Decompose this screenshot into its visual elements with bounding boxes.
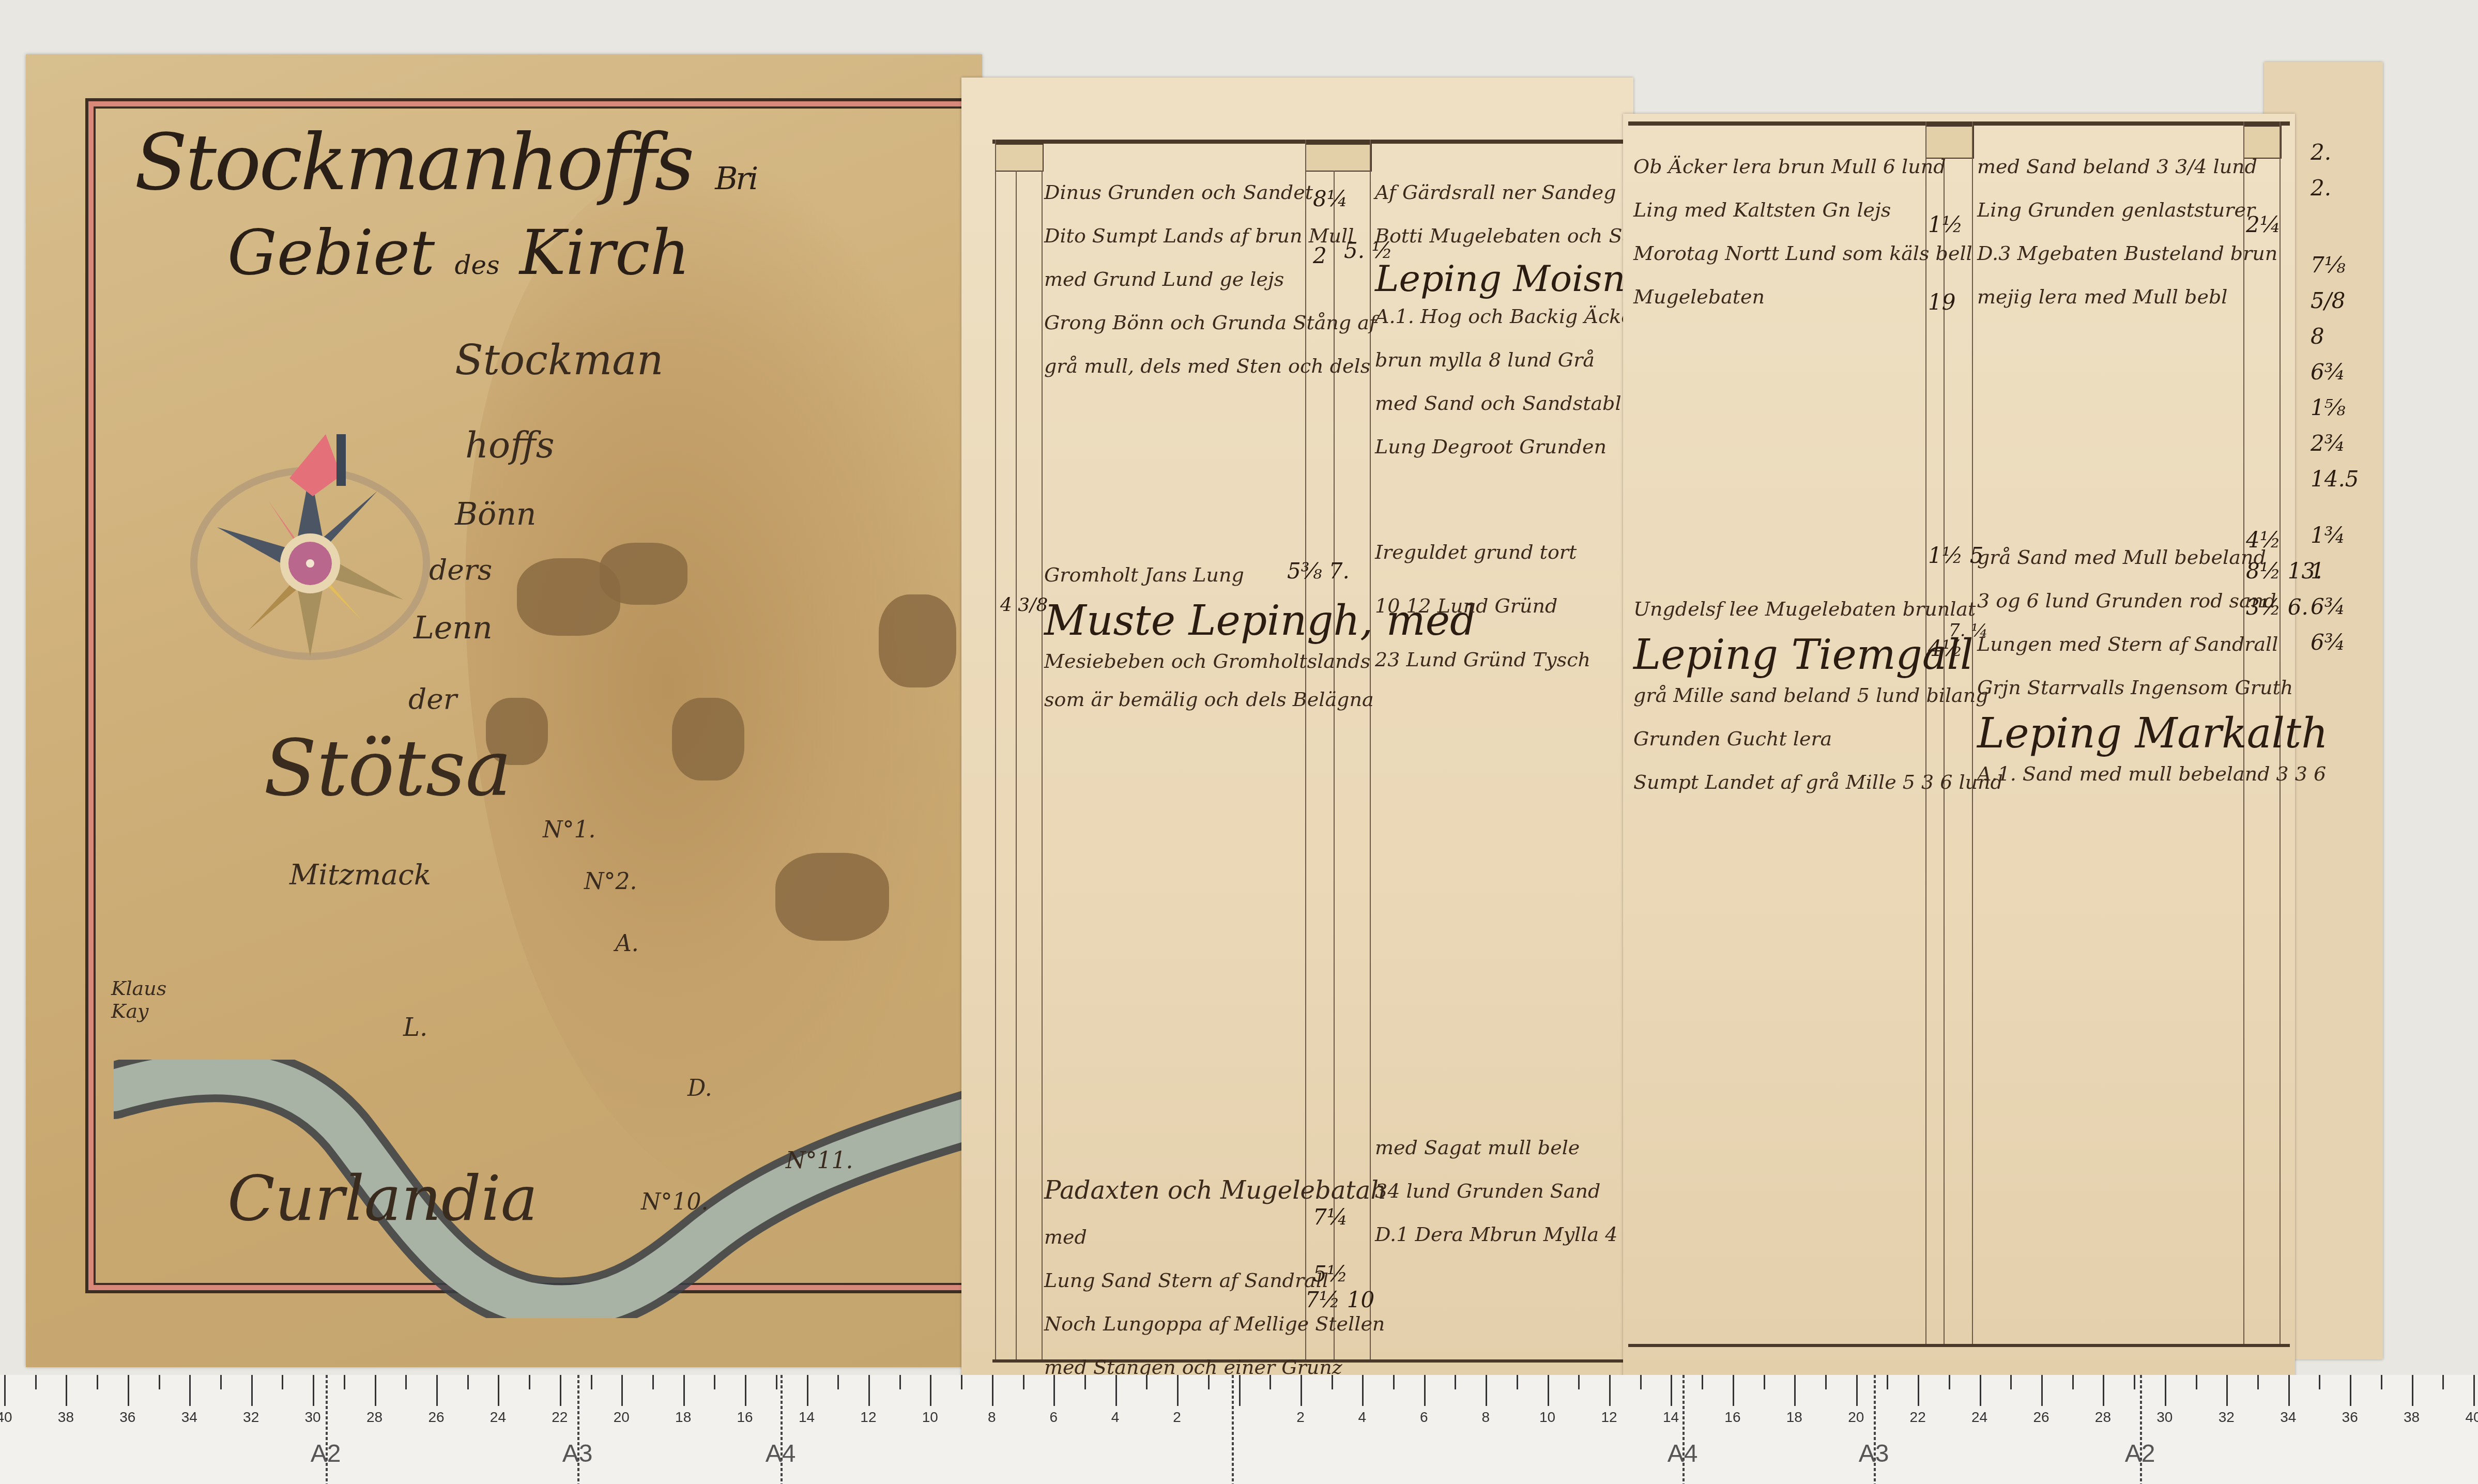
map-field-letter: N°2. [584, 868, 637, 895]
ruler-tick-label: 2 [1173, 1409, 1181, 1426]
ledger-top-rule [992, 140, 1628, 144]
map-subtitle: Gebiet des Kirch [227, 217, 690, 289]
ruler-tick [2350, 1375, 2351, 1406]
ruler-tick-label: 40 [0, 1409, 12, 1426]
ruler-tick [4, 1375, 6, 1406]
ruler-tick [1609, 1375, 1611, 1406]
ruler-minor-tick [159, 1375, 160, 1389]
ledger-value: 8½ 13. [2246, 558, 2322, 584]
map-label-region: Curlandia [227, 1163, 538, 1235]
column-header-box [1925, 126, 1974, 159]
ruler-minor-tick [2134, 1375, 2135, 1389]
ruler-tick-label: 18 [675, 1409, 691, 1426]
ledger-value: 7½ 10 [1305, 1287, 1374, 1312]
ruler-tick [1301, 1375, 1302, 1406]
ruler-tick [1856, 1375, 1858, 1406]
ruler-tick [2226, 1375, 2228, 1406]
ruler-tick-label: 26 [2033, 1409, 2049, 1426]
ledger-value: 19 [1928, 289, 1955, 315]
ledger-section-heading: Muste Lepingh, med [1044, 596, 1303, 645]
ruler-tick [745, 1375, 746, 1406]
ruler-minor-tick [35, 1375, 37, 1389]
ruler-tick [621, 1375, 623, 1406]
ruler-tick-label: 8 [988, 1409, 996, 1426]
ruler-minor-tick [220, 1375, 222, 1389]
column-rule [1925, 121, 1926, 1344]
map-label-boundary: Stötsa [264, 724, 512, 814]
ledger-value: 1½ 5 [1928, 543, 1984, 568]
map-label-place: Mitzmack [289, 858, 431, 891]
ruler-tick [2288, 1375, 2290, 1406]
back-page-values: 2. 2. 7⅛ 5/8 8 6¾ 1⅝ 2¾ 14.5 1¾ 1 6¾ 6¾ [2311, 129, 2378, 665]
ruler-tick [1115, 1375, 1117, 1406]
ruler-tick-label: 16 [737, 1409, 753, 1426]
ruler-minor-tick [1517, 1375, 1518, 1389]
ruler-tick-label: 38 [2404, 1409, 2420, 1426]
ruler-minor-tick [1825, 1375, 1827, 1389]
ruler-minor-tick [1393, 1375, 1395, 1389]
ruler-minor-tick [2010, 1375, 2012, 1389]
ruler-minor-tick [1640, 1375, 1642, 1389]
ruler-minor-tick [529, 1375, 530, 1389]
ruler-tick-label: 24 [490, 1409, 506, 1426]
map-label-place: Klaus Kay [111, 977, 158, 1022]
map-field-letter: A. [615, 930, 639, 957]
ruler-minor-tick [2319, 1375, 2320, 1389]
compass-rose-icon [186, 424, 434, 672]
ruler-minor-tick [776, 1375, 777, 1389]
paper-size-label: A3 [1859, 1440, 1889, 1468]
ruler-minor-tick [837, 1375, 839, 1389]
ruler-tick-label: 20 [614, 1409, 630, 1426]
ruler-minor-tick [1578, 1375, 1580, 1389]
ruler-tick-label: 8 [1481, 1409, 1490, 1426]
ledger-column-b2: med Sand beland 3 3/4 lund Ling Grunden … [1977, 155, 2241, 785]
column-rule [1972, 121, 1973, 1344]
ledger-column-a2: Af Gärdsrall ner Sandeg Botti Mugelebate… [1375, 181, 1623, 1246]
ruler-tick-label: 4 [1111, 1409, 1120, 1426]
ruler-minor-tick [714, 1375, 715, 1389]
map-wooded-area [775, 853, 889, 941]
ruler-minor-tick [1208, 1375, 1210, 1389]
map-label-boundary: Lenn [414, 610, 493, 646]
ruler-tick-label: 30 [2156, 1409, 2173, 1426]
ruler-tick-label: 34 [2280, 1409, 2296, 1426]
ruler-tick-label: 10 [1539, 1409, 1555, 1426]
ruler-minor-tick [2442, 1375, 2444, 1389]
column-header-box [2243, 126, 2282, 159]
ledger-section-heading: Leping Tiemgall [1633, 631, 1923, 679]
ruler-tick [2103, 1375, 2104, 1406]
ruler-tick-label: 16 [1724, 1409, 1740, 1426]
map-field-letter: L. [403, 1013, 427, 1042]
column-header-box [995, 144, 1044, 172]
ruler-tick-label: 12 [1601, 1409, 1617, 1426]
ledger-value: 7. ¼ [1949, 620, 1988, 641]
ruler-tick [1177, 1375, 1179, 1406]
ruler-tick [683, 1375, 685, 1406]
ruler-minor-tick [2072, 1375, 2074, 1389]
column-rule [1042, 171, 1043, 1359]
ruler-minor-tick [1146, 1375, 1148, 1389]
ledger-bottom-rule [1628, 1344, 2290, 1347]
ruler-tick-label: 40 [2465, 1409, 2478, 1426]
ruler-minor-tick [467, 1375, 469, 1389]
ledger-value: 5⅜ 7. [1287, 558, 1350, 584]
ruler-tick [807, 1375, 808, 1406]
ruler-tick-label: 26 [428, 1409, 444, 1426]
ledger-value: 5½ [1313, 1261, 1348, 1287]
column-rule [1016, 171, 1017, 1359]
ledger-value: 8¼ [1313, 186, 1348, 211]
ruler-minor-tick [1023, 1375, 1024, 1389]
ledger-value: 5. ½ [1344, 238, 1393, 263]
ruler-minor-tick [2381, 1375, 2382, 1389]
ruler-tick [313, 1375, 314, 1406]
ruler-minor-tick [1332, 1375, 1333, 1389]
column-header-box [1305, 144, 1372, 172]
measuring-ruler: 4038363432302826242220181614121086422468… [0, 1375, 2478, 1484]
ledger-section-heading: Leping Moisneck Sa [1375, 257, 1623, 300]
map-wooded-area [879, 594, 956, 687]
ruler-tick-label: 32 [2219, 1409, 2235, 1426]
ruler-tick [1053, 1375, 1055, 1406]
map-wooded-area [600, 543, 687, 605]
map-label-estate: hoffs [465, 424, 555, 466]
ruler-minor-tick [97, 1375, 98, 1389]
ruler-tick [1486, 1375, 1487, 1406]
map-field-letter: N°11. [786, 1148, 853, 1174]
ruler-minor-tick [961, 1375, 962, 1389]
ruler-tick-label: 34 [181, 1409, 197, 1426]
ledger-value: 7¼ [1313, 1204, 1348, 1230]
map-label-boundary: Bönn [455, 496, 537, 532]
ruler-tick-label: 6 [1420, 1409, 1428, 1426]
ledger-value: 2¼ [2246, 212, 2281, 237]
ledger-value: 1½ [1928, 212, 1963, 237]
ruler-tick [128, 1375, 129, 1406]
ruler-tick-label: 4 [1358, 1409, 1367, 1426]
ruler-tick [1733, 1375, 1734, 1406]
ledger-value: 4 3/8 [1000, 594, 1048, 616]
ruler-tick-label: 32 [243, 1409, 259, 1426]
ruler-minor-tick [2257, 1375, 2259, 1389]
map-field-letter: D. [687, 1075, 712, 1101]
ruler-minor-tick [1084, 1375, 1086, 1389]
ruler-tick-label: 14 [799, 1409, 815, 1426]
ruler-tick [375, 1375, 376, 1406]
ruler-tick [189, 1375, 191, 1406]
ruler-tick-label: 12 [860, 1409, 876, 1426]
ruler-minor-tick [1887, 1375, 1888, 1389]
ruler-tick [1980, 1375, 1981, 1406]
paper-size-label: A2 [2125, 1440, 2155, 1468]
ruler-minor-tick [1764, 1375, 1765, 1389]
ruler-minor-tick [652, 1375, 654, 1389]
ruler-tick-label: 36 [119, 1409, 135, 1426]
ruler-tick [1794, 1375, 1796, 1406]
map-label-estate: Stockman [455, 336, 663, 384]
ruler-minor-tick [1455, 1375, 1456, 1389]
ledger-column-a1: Dinus Grunden och Sandet Dito Sumpt Land… [1044, 181, 1303, 1379]
map-label-boundary: der [408, 682, 457, 715]
ruler-tick-label: 18 [1786, 1409, 1802, 1426]
ruler-tick-label: 6 [1049, 1409, 1058, 1426]
ruler-tick-label: 22 [552, 1409, 568, 1426]
ruler-tick [2041, 1375, 2043, 1406]
ruler-tick [251, 1375, 253, 1406]
map-label-boundary: ders [429, 553, 492, 586]
ruler-tick-label: 36 [2342, 1409, 2358, 1426]
ruler-tick [1671, 1375, 1672, 1406]
ledger-section-heading: Leping Markalth [1977, 709, 2241, 757]
ruler-tick [1424, 1375, 1426, 1406]
map-title: Stockmanhoffs Bri [134, 124, 756, 218]
ruler-tick-label: 38 [58, 1409, 74, 1426]
ledger-value: 2 [1313, 243, 1327, 268]
ruler-tick [1918, 1375, 1919, 1406]
ruler-tick-label: 28 [2095, 1409, 2111, 1426]
column-rule [1944, 158, 1945, 1344]
paper-size-label: A3 [562, 1440, 593, 1468]
ruler-tick-label: 28 [366, 1409, 383, 1426]
ruler-tick-label: 20 [1848, 1409, 1864, 1426]
ruler-minor-tick [2196, 1375, 2197, 1389]
ruler-tick [436, 1375, 438, 1406]
ruler-tick [930, 1375, 931, 1406]
ruler-minor-tick [344, 1375, 345, 1389]
ruler-tick-label: 10 [922, 1409, 938, 1426]
map-field-letter: N°10. [641, 1189, 708, 1215]
ruler-minor-tick [282, 1375, 283, 1389]
ruler-tick-label: 22 [1910, 1409, 1926, 1426]
ruler-tick [66, 1375, 67, 1406]
ruler-tick [1548, 1375, 1549, 1406]
ruler-tick-label: 30 [305, 1409, 321, 1426]
ruler-tick [560, 1375, 561, 1406]
ruler-tick [2473, 1375, 2475, 1406]
ruler-tick-label: 14 [1663, 1409, 1679, 1426]
map-wooded-area [672, 698, 744, 781]
ruler-tick [1239, 1375, 1241, 1406]
ruler-tick-label: 2 [1296, 1409, 1305, 1426]
ruler-minor-tick [1702, 1375, 1703, 1389]
ruler-tick [2165, 1375, 2166, 1406]
ruler-tick [868, 1375, 870, 1406]
ledger-top-rule [1628, 121, 2290, 126]
ledger-value: 4½ [2246, 527, 2281, 553]
ruler-tick [498, 1375, 499, 1406]
ruler-tick [992, 1375, 993, 1406]
paper-size-label: A2 [311, 1440, 341, 1468]
ruler-tick [2412, 1375, 2413, 1406]
ruler-minor-tick [591, 1375, 592, 1389]
column-rule [995, 140, 996, 1359]
ruler-minor-tick [405, 1375, 407, 1389]
paper-size-label: A4 [1668, 1440, 1698, 1468]
ledger-column-b1: Ob Äcker lera brun Mull 6 lund Ling med … [1633, 155, 1923, 793]
ruler-minor-tick [1949, 1375, 1950, 1389]
paper-size-label: A4 [766, 1440, 796, 1468]
ruler-center-line [1232, 1375, 1234, 1484]
map-field-letter: N°1. [543, 817, 595, 843]
ruler-tick-label: 24 [1971, 1409, 1987, 1426]
ledger-value: 3½ 6. [2246, 594, 2308, 620]
ruler-minor-tick [899, 1375, 901, 1389]
ruler-tick [1362, 1375, 1364, 1406]
ruler-minor-tick [1269, 1375, 1271, 1389]
